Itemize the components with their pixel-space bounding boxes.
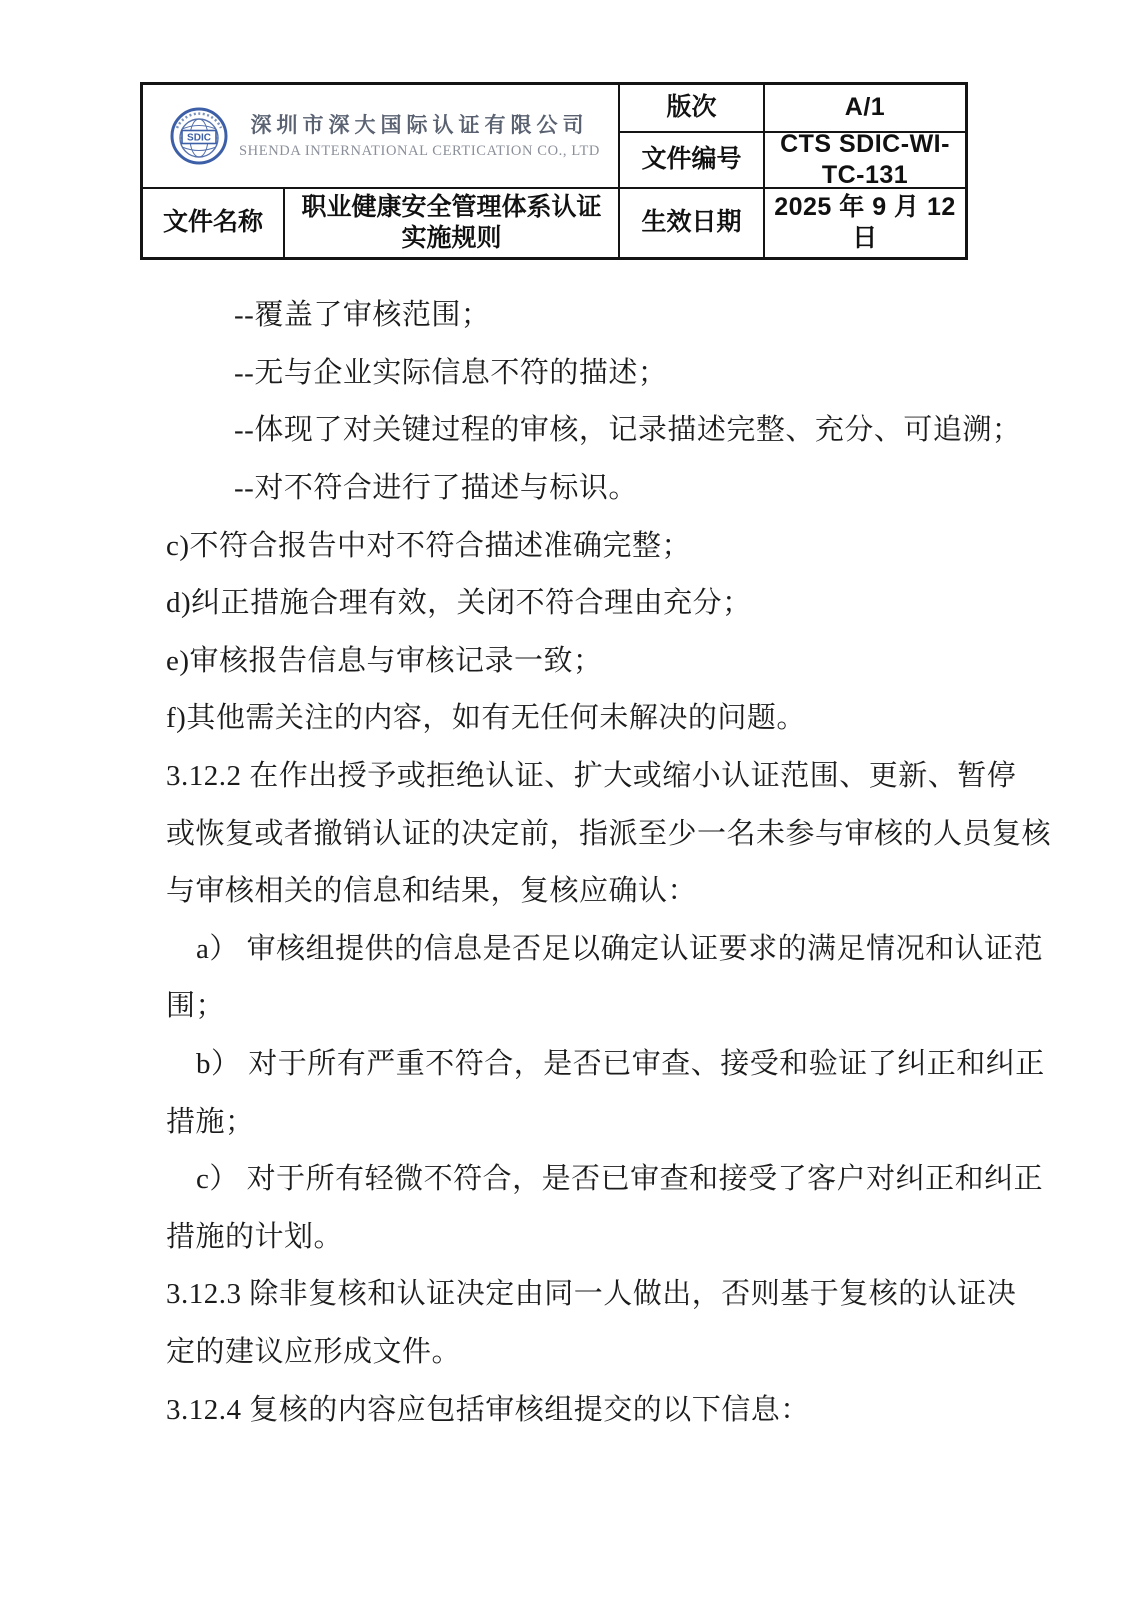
body-line: --对不符合进行了描述与标识。 bbox=[166, 457, 976, 515]
effective-date-label: 生效日期 bbox=[620, 189, 765, 257]
effective-date-value: 2025 年 9 月 12 日 bbox=[765, 189, 965, 257]
header-table: SDIC 深圳市深大国际认证有限公司 SHENDA INTERNATIONAL … bbox=[140, 82, 968, 260]
logo-badge-text: SDIC bbox=[187, 133, 211, 144]
body-line: 3.12.4 复核的内容应包括审核组提交的以下信息： bbox=[166, 1378, 976, 1436]
body-line: 与审核相关的信息和结果，复核应确认： bbox=[166, 860, 976, 918]
body-line: c)不符合报告中对不符合描述准确完整； bbox=[166, 514, 976, 572]
doc-name-value: 职业健康安全管理体系认证实施规则 bbox=[285, 189, 620, 257]
body-line: c） 对于所有轻微不符合，是否已审查和接受了客户对纠正和纠正 bbox=[166, 1148, 976, 1206]
body-line: b） 对于所有严重不符合，是否已审查、接受和验证了纠正和纠正 bbox=[166, 1033, 976, 1091]
body-line: 措施的计划。 bbox=[166, 1206, 976, 1264]
body-line: 围； bbox=[166, 975, 976, 1033]
doc-number-value: CTS SDIC-WI-TC-131 bbox=[765, 133, 965, 189]
body-line: d)纠正措施合理有效，关闭不符合理由充分； bbox=[166, 572, 976, 630]
body-line: 3.12.3 除非复核和认证决定由同一人做出，否则基于复核的认证决 bbox=[166, 1263, 976, 1321]
body-line: e)审核报告信息与审核记录一致； bbox=[166, 630, 976, 688]
company-names: 深圳市深大国际认证有限公司 SHENDA INTERNATIONAL CERTI… bbox=[239, 112, 600, 160]
body-line: 措施； bbox=[166, 1090, 976, 1148]
version-label: 版次 bbox=[620, 85, 765, 133]
body-line: 或恢复或者撤销认证的决定前，指派至少一名未参与审核的人员复核 bbox=[166, 802, 976, 860]
body-line: 3.12.2 在作出授予或拒绝认证、扩大或缩小认证范围、更新、暂停 bbox=[166, 745, 976, 803]
body-line: --无与企业实际信息不符的描述； bbox=[166, 342, 976, 400]
company-name-cn: 深圳市深大国际认证有限公司 bbox=[239, 112, 600, 138]
version-value: A/1 bbox=[765, 85, 965, 133]
doc-name-label: 文件名称 bbox=[143, 189, 285, 257]
body-line: --体现了对关键过程的审核，记录描述完整、充分、可追溯； bbox=[166, 399, 976, 457]
company-header-cell: SDIC 深圳市深大国际认证有限公司 SHENDA INTERNATIONAL … bbox=[143, 85, 620, 189]
body-line: 定的建议应形成文件。 bbox=[166, 1321, 976, 1379]
document-page: SDIC 深圳市深大国际认证有限公司 SHENDA INTERNATIONAL … bbox=[0, 0, 1131, 1600]
body-line: --覆盖了审核范围； bbox=[166, 284, 976, 342]
company-name-en: SHENDA INTERNATIONAL CERTICATION CO., LT… bbox=[239, 142, 600, 160]
doc-number-label: 文件编号 bbox=[620, 133, 765, 189]
body-line: f)其他需关注的内容，如有无任何未解决的问题。 bbox=[166, 687, 976, 745]
body-line: a） 审核组提供的信息是否足以确定认证要求的满足情况和认证范 bbox=[166, 918, 976, 976]
company-logo-icon: SDIC bbox=[169, 104, 229, 168]
document-body: --覆盖了审核范围； --无与企业实际信息不符的描述； --体现了对关键过程的审… bbox=[166, 284, 976, 1436]
